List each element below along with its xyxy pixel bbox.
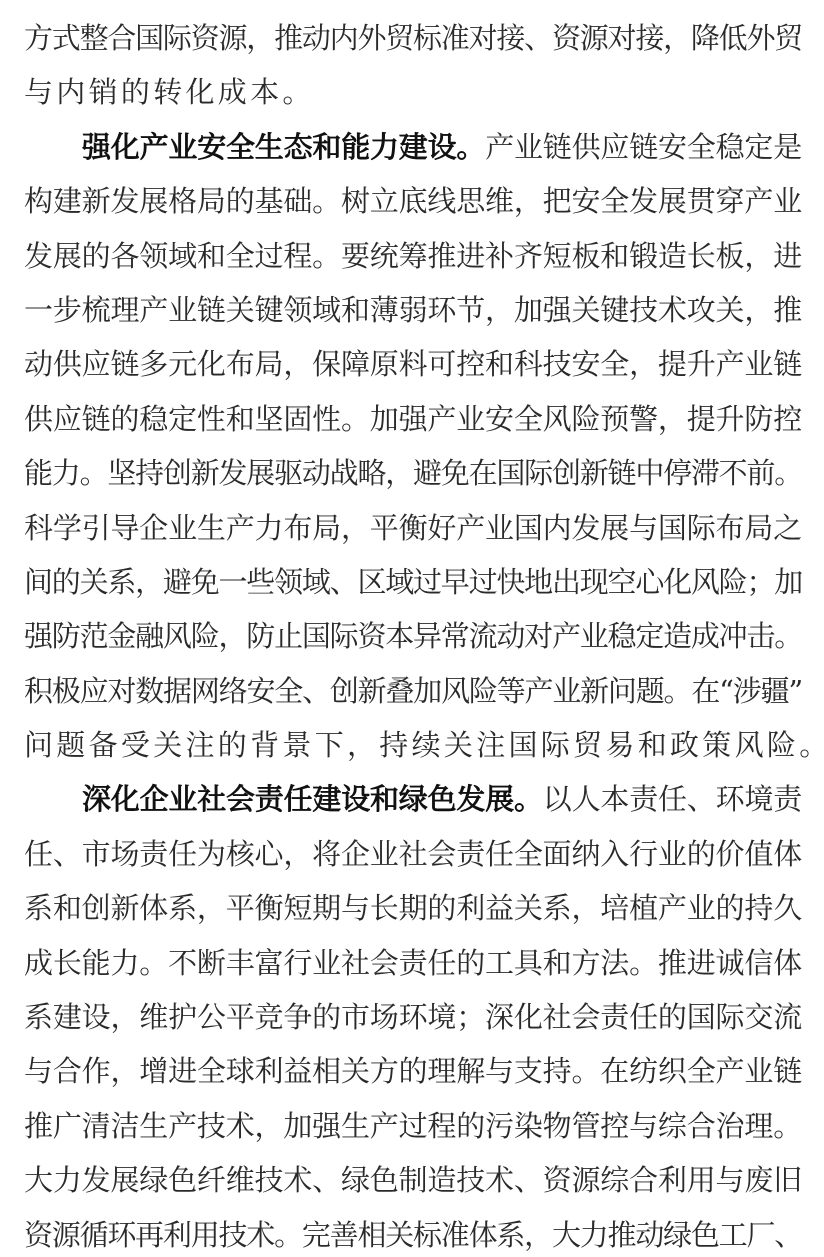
line-text: 推广清洁生产技术，加强生产过程的污染物管控与综合治理。 [24, 1109, 802, 1143]
line-text: 产业链供应链安全稳定是 [485, 130, 802, 164]
section-heading-social-responsibility: 深化企业社会责任建设和绿色发展。 [82, 782, 543, 816]
line-text: 强防范金融风险，防止国际资本异常流动对产业稳定造成冲击。 [24, 619, 802, 653]
text-line: 能力。坚持创新发展驱动战略，避免在国际创新链中停滞不前。 [24, 446, 802, 500]
line-text: 发展的各领域和全过程。要统筹推进补齐短板和锻造长板，进 [24, 239, 802, 273]
document-page: 方式整合国际资源，推动内外贸标准对接、资源对接，降低外贸 与内销的转化成本。 强… [24, 11, 802, 1257]
text-line: 资源循环再利用技术。完善相关标准体系，大力推动绿色工厂、 [24, 1208, 802, 1257]
line-text: 成长能力。不断丰富行业社会责任的工具和方法。推进诚信体 [24, 946, 802, 980]
line-text: 任、市场责任为核心，将企业社会责任全面纳入行业的价值体 [24, 837, 802, 871]
text-line: 任、市场责任为核心，将企业社会责任全面纳入行业的价值体 [24, 827, 802, 881]
text-line: 构建新发展格局的基础。树立底线思维，把安全发展贯穿产业 [24, 174, 802, 228]
text-line: 科学引导企业生产力布局，平衡好产业国内发展与国际布局之 [24, 501, 802, 555]
text-line: 发展的各领域和全过程。要统筹推进补齐短板和锻造长板，进 [24, 229, 802, 283]
text-line: 成长能力。不断丰富行业社会责任的工具和方法。推进诚信体 [24, 936, 802, 990]
section-heading-industrial-security: 强化产业安全生态和能力建设。 [82, 130, 485, 164]
text-line: 一步梳理产业链关键领域和薄弱环节，加强关键技术攻关，推 [24, 283, 802, 337]
text-line: 系和创新体系，平衡短期与长期的利益关系，培植产业的持久 [24, 881, 802, 935]
line-text: 系和创新体系，平衡短期与长期的利益关系，培植产业的持久 [24, 891, 802, 925]
line-text: 构建新发展格局的基础。树立底线思维，把安全发展贯穿产业 [24, 184, 802, 218]
text-line: 方式整合国际资源，推动内外贸标准对接、资源对接，降低外贸 [24, 11, 802, 65]
line-text: 资源循环再利用技术。完善相关标准体系，大力推动绿色工厂、 [24, 1218, 802, 1252]
line-text: 动供应链多元化布局，保障原料可控和科技安全，提升产业链 [24, 347, 802, 381]
text-line: 间的关系，避免一些领域、区域过早过快地出现空心化风险；加 [24, 555, 802, 609]
line-text: 大力发展绿色纤维技术、绿色制造技术、资源综合利用与废旧 [24, 1163, 802, 1197]
section-heading-line: 深化企业社会责任建设和绿色发展。以人本责任、环境责 [24, 772, 802, 826]
text-line: 供应链的稳定性和坚固性。加强产业安全风险预警，提升防控 [24, 392, 802, 446]
text-line: 问题备受关注的背景下，持续关注国际贸易和政策风险。 [24, 718, 802, 772]
line-text: 与内销的转化成本。 [24, 75, 315, 109]
text-line: 与合作，增进全球利益相关方的理解与支持。在纺织全产业链 [24, 1044, 802, 1098]
text-line: 强防范金融风险，防止国际资本异常流动对产业稳定造成冲击。 [24, 609, 802, 663]
line-text: 间的关系，避免一些领域、区域过早过快地出现空心化风险；加 [24, 565, 802, 599]
line-text: 供应链的稳定性和坚固性。加强产业安全风险预警，提升防控 [24, 402, 802, 436]
text-line: 积极应对数据网络安全、创新叠加风险等产业新问题。在“涉疆” [24, 664, 802, 718]
section-heading-line: 强化产业安全生态和能力建设。产业链供应链安全稳定是 [24, 120, 802, 174]
line-text: 以人本责任、环境责 [543, 782, 802, 816]
line-text: 与合作，增进全球利益相关方的理解与支持。在纺织全产业链 [24, 1054, 802, 1088]
text-line: 与内销的转化成本。 [24, 65, 802, 119]
line-text: 方式整合国际资源，推动内外贸标准对接、资源对接，降低外贸 [24, 21, 802, 55]
text-line: 推广清洁生产技术，加强生产过程的污染物管控与综合治理。 [24, 1099, 802, 1153]
line-text: 积极应对数据网络安全、创新叠加风险等产业新问题。在“涉疆” [24, 674, 802, 708]
text-line: 大力发展绿色纤维技术、绿色制造技术、资源综合利用与废旧 [24, 1153, 802, 1207]
line-text: 能力。坚持创新发展驱动战略，避免在国际创新链中停滞不前。 [24, 456, 802, 490]
line-text: 一步梳理产业链关键领域和薄弱环节，加强关键技术攻关，推 [24, 293, 802, 327]
line-text: 系建设，维护公平竞争的市场环境；深化社会责任的国际交流 [24, 1000, 802, 1034]
line-text: 问题备受关注的背景下，持续关注国际贸易和政策风险。 [24, 728, 824, 762]
text-line: 动供应链多元化布局，保障原料可控和科技安全，提升产业链 [24, 337, 802, 391]
text-line: 系建设，维护公平竞争的市场环境；深化社会责任的国际交流 [24, 990, 802, 1044]
line-text: 科学引导企业生产力布局，平衡好产业国内发展与国际布局之 [24, 511, 802, 545]
